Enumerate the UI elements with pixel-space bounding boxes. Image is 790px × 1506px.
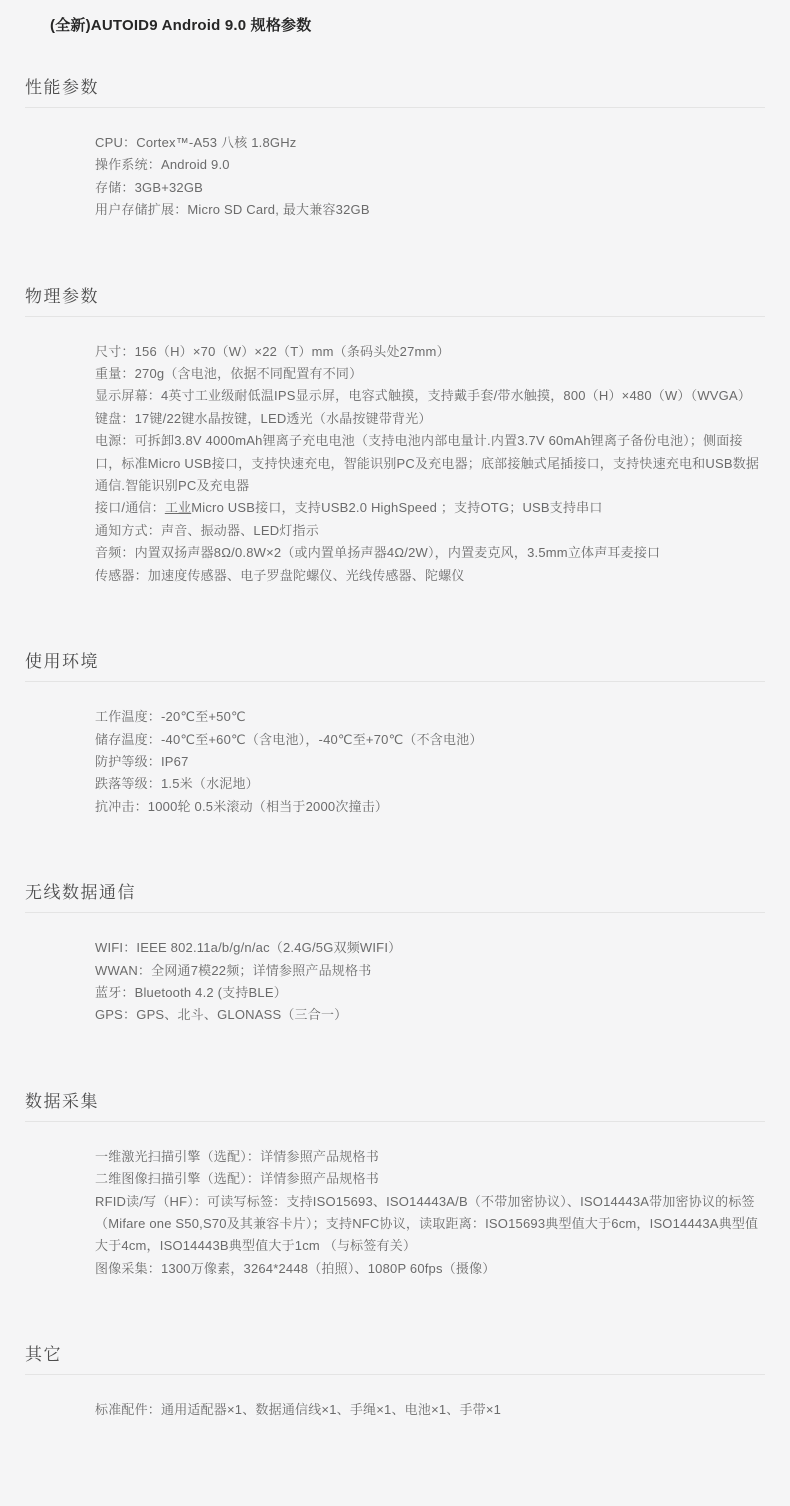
spec-line-wifi: WIFI：IEEE 802.11a/b/g/n/ac（2.4G/5G双频WIFI… (95, 937, 763, 959)
spec-line-keypad: 键盘：17键/22键水晶按键，LED透光（水晶按键带背光） (95, 408, 763, 430)
spec-line-storage-temp: 储存温度：-40℃至+60℃（含电池），-40℃至+70℃（不含电池） (95, 729, 763, 751)
spec-line-notification: 通知方式：声音、振动器、LED灯指示 (95, 520, 763, 542)
section-physical-body: 尺寸：156（H）×70（W）×22（T）mm（条码头处27mm） 重量：270… (25, 341, 765, 587)
section-performance-title: 性能参数 (25, 73, 765, 108)
spec-line-wwan: WWAN：全网通7模22频；详情参照产品规格书 (95, 960, 763, 982)
section-data-capture-body: 一维激光扫描引擎（选配）：详情参照产品规格书 二维图像扫描引擎（选配）：详情参照… (25, 1146, 765, 1280)
section-environment: 使用环境 工作温度：-20℃至+50℃ 储存温度：-40℃至+60℃（含电池），… (25, 647, 765, 818)
spec-line-2d-scanner: 二维图像扫描引擎（选配）：详情参照产品规格书 (95, 1168, 763, 1190)
spec-line-bluetooth: 蓝牙：Bluetooth 4.2 (支持BLE） (95, 982, 763, 1004)
spec-line-accessories: 标准配件：通用适配器×1、数据通信线×1、手绳×1、电池×1、手带×1 (95, 1399, 763, 1421)
section-data-capture: 数据采集 一维激光扫描引擎（选配）：详情参照产品规格书 二维图像扫描引擎（选配）… (25, 1087, 765, 1280)
spec-line-cpu: CPU：Cortex™-A53 八核 1.8GHz (95, 132, 763, 154)
section-data-capture-title: 数据采集 (25, 1087, 765, 1122)
spec-line-audio: 音频：内置双扬声器8Ω/0.8W×2（或内置单扬声器4Ω/2W），内置麦克风，3… (95, 542, 763, 564)
spec-line-1d-scanner: 一维激光扫描引擎（选配）：详情参照产品规格书 (95, 1146, 763, 1168)
section-wireless-body: WIFI：IEEE 802.11a/b/g/n/ac（2.4G/5G双频WIFI… (25, 937, 765, 1027)
spec-line-sensors: 传感器：加速度传感器、电子罗盘陀螺仪、光线传感器、陀螺仪 (95, 565, 763, 587)
spec-line-drop-rating: 跌落等级：1.5米（水泥地） (95, 773, 763, 795)
section-physical-title: 物理参数 (25, 282, 765, 317)
spec-line-gps: GPS：GPS、北斗、GLONASS（三合一） (95, 1004, 763, 1026)
spec-line-interface: 接口/通信：工业Micro USB接口，支持USB2.0 HighSpeed ；… (95, 497, 763, 519)
section-environment-body: 工作温度：-20℃至+50℃ 储存温度：-40℃至+60℃（含电池），-40℃至… (25, 706, 765, 818)
section-other-body: 标准配件：通用适配器×1、数据通信线×1、手绳×1、电池×1、手带×1 (25, 1399, 765, 1421)
spec-line-shock-resistance: 抗冲击：1000轮 0.5米滚动（相当于2000次撞击） (95, 796, 763, 818)
spec-line-weight: 重量：270g（含电池，依据不同配置有不同） (95, 363, 763, 385)
spec-line-display: 显示屏幕：4英寸工业级耐低温IPS显示屏，电容式触摸，支持戴手套/带水触摸，80… (95, 385, 763, 407)
spec-line-memory: 存储：3GB+32GB (95, 177, 763, 199)
spec-line-ip-rating: 防护等级：IP67 (95, 751, 763, 773)
page-title: (全新)AUTOID9 Android 9.0 规格参数 (50, 14, 765, 35)
spec-page: (全新)AUTOID9 Android 9.0 规格参数 性能参数 CPU：Co… (0, 0, 790, 1506)
interface-suffix: Micro USB接口，支持USB2.0 HighSpeed ；支持OTG；US… (191, 500, 602, 515)
section-wireless: 无线数据通信 WIFI：IEEE 802.11a/b/g/n/ac（2.4G/5… (25, 878, 765, 1027)
section-physical: 物理参数 尺寸：156（H）×70（W）×22（T）mm（条码头处27mm） 重… (25, 282, 765, 587)
spec-line-operating-temp: 工作温度：-20℃至+50℃ (95, 706, 763, 728)
spec-line-dimensions: 尺寸：156（H）×70（W）×22（T）mm（条码头处27mm） (95, 341, 763, 363)
section-other-title: 其它 (25, 1340, 765, 1375)
spec-line-power: 电源：可拆卸3.8V 4000mAh锂离子充电电池（支持电池内部电量计.内置3.… (95, 430, 763, 497)
section-performance: 性能参数 CPU：Cortex™-A53 八核 1.8GHz 操作系统：Andr… (25, 73, 765, 222)
section-other: 其它 标准配件：通用适配器×1、数据通信线×1、手绳×1、电池×1、手带×1 (25, 1340, 765, 1421)
spec-line-rfid: RFID读/写（HF）：可读写标签：支持ISO15693、ISO14443A/B… (95, 1191, 763, 1258)
interface-prefix: 接口/通信： (95, 500, 165, 515)
spec-line-camera: 图像采集：1300万像素，3264*2448（拍照）、1080P 60fps（摄… (95, 1258, 763, 1280)
spec-line-os: 操作系统：Android 9.0 (95, 154, 763, 176)
section-environment-title: 使用环境 (25, 647, 765, 682)
interface-underlined-text: 工业 (165, 500, 191, 515)
section-wireless-title: 无线数据通信 (25, 878, 765, 913)
spec-line-storage-expansion: 用户存储扩展：Micro SD Card, 最大兼容32GB (95, 199, 763, 221)
section-performance-body: CPU：Cortex™-A53 八核 1.8GHz 操作系统：Android 9… (25, 132, 765, 222)
